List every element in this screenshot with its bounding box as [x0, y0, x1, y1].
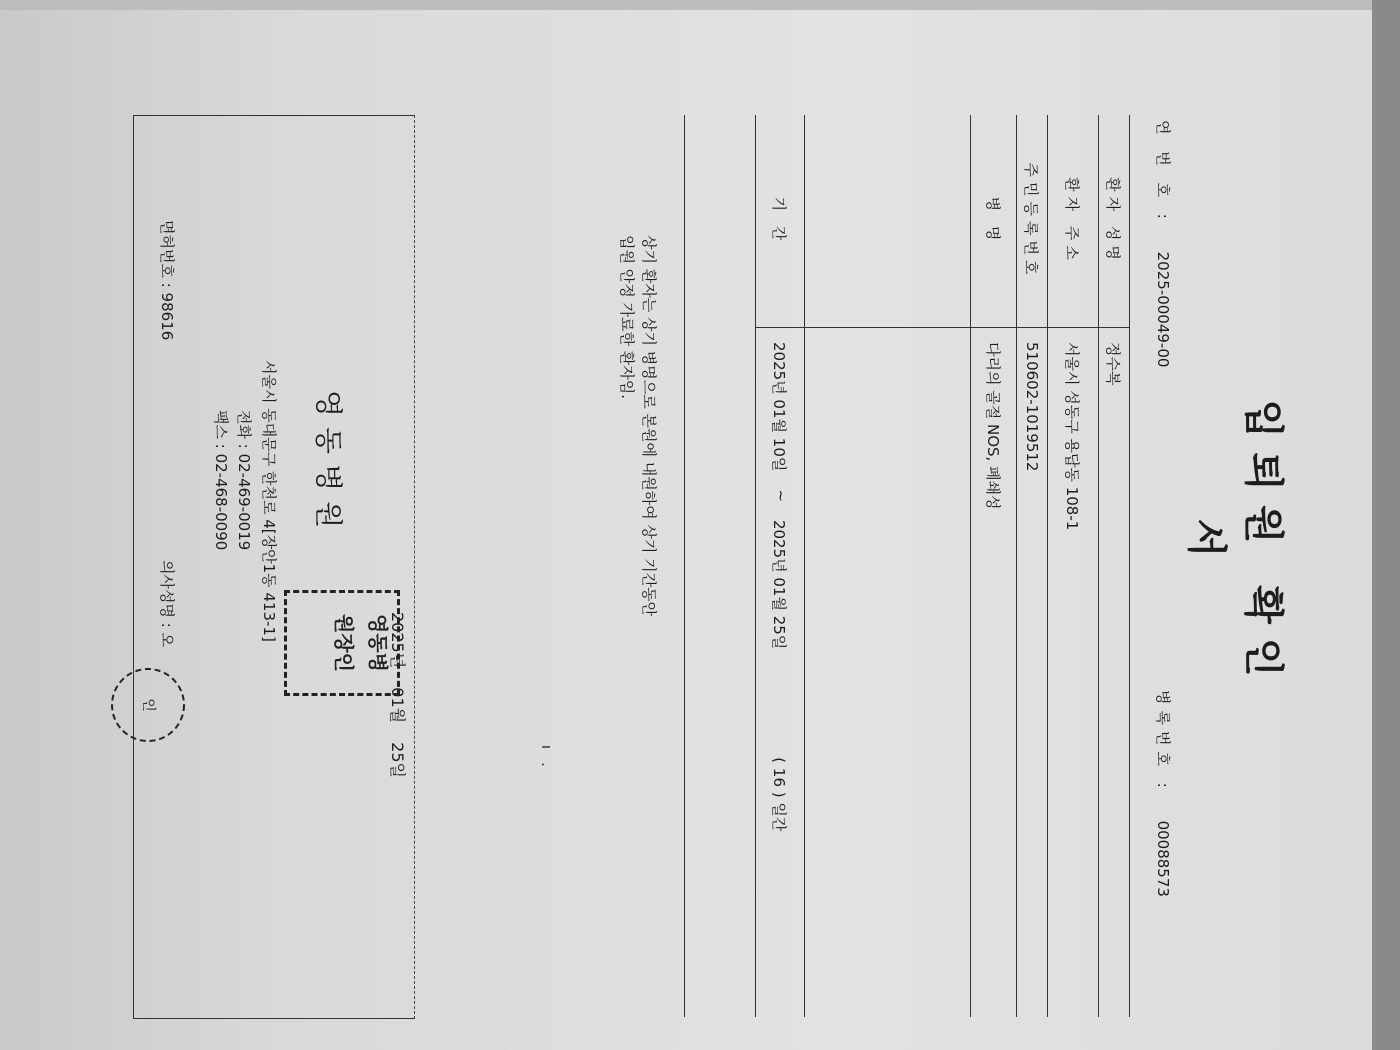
- period-label: 기 간: [756, 115, 805, 328]
- table-row: [805, 115, 971, 1017]
- statement-line-1: 상기 환자는 상기 병명으로 본원에 내원하여 상기 기간동안: [638, 235, 660, 795]
- period-separator: ~: [770, 489, 791, 502]
- table-row: 환자 주소 서울시 성동구 용답동 108-1: [1048, 115, 1099, 1017]
- statement-text: 상기 환자는 상기 병명으로 본원에 내원하여 상기 기간동안 입원 안정 가료…: [616, 235, 660, 795]
- record-number-label: 병록번호 :: [1154, 690, 1172, 794]
- doctor-seal-stamp: 인: [111, 668, 185, 742]
- admission-discharge-certificate: 입퇴원 확인서 연 번 호 : 2025-00049-00 병록번호 : 000…: [0, 0, 1400, 1050]
- patient-address-value: 서울시 성동구 용답동 108-1: [1048, 328, 1099, 1018]
- table-row: 병 명 다리의 골절 NOS, 폐쇄성: [971, 115, 1017, 1017]
- hospital-seal-text: 영동병원장인: [327, 608, 395, 678]
- patient-info-table: 환자 성명 정수복 환자 주소 서울시 성동구 용답동 108-1 주민등록번호…: [755, 115, 1130, 1017]
- diagnosis-value: 다리의 골절 NOS, 폐쇄성: [971, 328, 1017, 1018]
- patient-name-label: 환자 성명: [1099, 115, 1130, 328]
- registration-number: 연 번 호 : 2025-00049-00: [1153, 120, 1174, 367]
- blank-value: [805, 328, 971, 1018]
- stray-mark: ı .: [538, 745, 554, 767]
- diagnosis-label: 병 명: [971, 115, 1017, 328]
- patient-name-value: 정수복: [1099, 328, 1130, 1018]
- record-number-value: 00088573: [1154, 821, 1172, 897]
- table-row: 환자 성명 정수복: [1099, 115, 1130, 1017]
- hospital-seal-stamp: 영동병원장인: [284, 590, 400, 696]
- table-row: 기 간 2025년 01월 10일 ~ 2025년 01월 25일 ( 16 )…: [756, 115, 805, 1017]
- registration-number-value: 2025-00049-00: [1154, 252, 1172, 368]
- table-row: 주민등록번호 510602-1019512: [1017, 115, 1048, 1017]
- period-value: 2025년 01월 10일 ~ 2025년 01월 25일 ( 16 ) 일간: [756, 328, 805, 1018]
- doctor-name: 의사성명 : 오: [157, 560, 178, 647]
- resident-id-value: 510602-1019512: [1017, 328, 1048, 1018]
- period-start: 2025년 01월 10일: [770, 342, 791, 471]
- hospital-fax: 팩스 : 02-468-0090: [211, 410, 232, 550]
- period-end: 2025년 01월 25일: [770, 520, 791, 649]
- statement-line-2: 입원 안정 가료한 환자임.: [616, 235, 638, 795]
- patient-address-label: 환자 주소: [1048, 115, 1099, 328]
- registration-number-label: 연 번 호 :: [1154, 120, 1172, 225]
- resident-id-label: 주민등록번호: [1017, 115, 1048, 328]
- license-number: 면허번호 : 98616: [157, 220, 178, 340]
- blank-label: [805, 115, 971, 328]
- statement-section: 상기 환자는 상기 병명으로 본원에 내원하여 상기 기간동안 입원 안정 가료…: [414, 115, 685, 1017]
- hospital-phone: 전화 : 02-469-0019: [234, 410, 255, 550]
- record-number: 병록번호 : 00088573: [1153, 690, 1174, 897]
- period-days: ( 16 ) 일간: [770, 757, 791, 831]
- hospital-name: 영동병원: [310, 390, 350, 538]
- document-title: 입퇴원 확인서: [1181, 380, 1295, 710]
- hospital-address: 서울시 동대문구 한천로 4[장안1동 413-1]: [259, 360, 280, 642]
